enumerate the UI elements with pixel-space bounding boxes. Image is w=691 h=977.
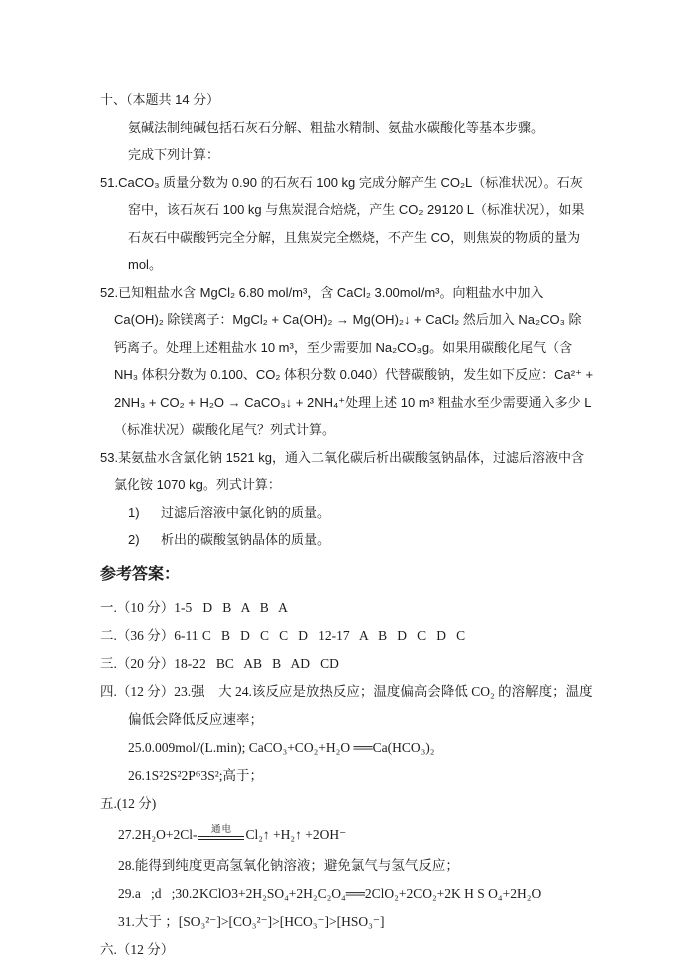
item-text: 过滤后溶液中氯化钠的质量。	[161, 499, 594, 527]
section-ten-intro: 氨碱法制纯碱包括石灰石分解、粗盐水精制、氨盐水碳酸化等基本步骤。	[128, 114, 594, 142]
answer-row-31: 31.大于 ；[SO₃²⁻]>[CO₃²⁻]>[HCO₃⁻]>[HSO₃⁻]	[118, 908, 594, 936]
item-text: 析出的碳酸氢钠晶体的质量。	[161, 526, 594, 554]
section-six-heading: 六.（12 分）	[100, 936, 594, 964]
answer-row-28: 28.能得到纯度更高氢氧化钠溶液；避免氯气与氢气反应；	[118, 852, 594, 880]
answer-row-25: 25.0.009mol/(L.min); CaCO₃+CO₂+H₂O ══Ca(…	[128, 734, 594, 762]
page-content: 十、（本题共 14 分） 氨碱法制纯碱包括石灰石分解、粗盐水精制、氨盐水碳酸化等…	[100, 86, 594, 964]
answer-row-two: 二.（36 分）6-11 C B D C C D 12-17 A B D C D…	[100, 622, 594, 650]
question-53: 53.某氨盐水含氯化钠 1521 kg，通入二氧化碳后析出碳酸氢钠晶体，过滤后溶…	[100, 444, 594, 499]
answer-row-26: 26.1S²2S²2P⁶3S²;高于；	[128, 762, 594, 790]
exam-answer-sheet-page: 十、（本题共 14 分） 氨碱法制纯碱包括石灰石分解、粗盐水精制、氨盐水碳酸化等…	[0, 0, 691, 977]
question-52: 52.已知粗盐水含 MgCl₂ 6.80 mol/m³，含 CaCl₂ 3.00…	[100, 279, 594, 444]
question-53-item-2: 2) 析出的碳酸氢钠晶体的质量。	[128, 526, 594, 554]
answer-row-four: 四.（12 分）23.强 大 24.该反应是放热反应；温度偏高会降低 CO₂ 的…	[100, 678, 594, 734]
section-five-heading: 五.(12 分)	[100, 790, 594, 818]
item-number: 2)	[128, 526, 161, 554]
answer-row-three: 三.（20 分）18-22 BC AB B AD CD	[100, 650, 594, 678]
section-ten-heading: 十、（本题共 14 分）	[100, 86, 594, 114]
equation-rhs: Cl₂↑ +H₂↑ +2OH⁻	[245, 821, 346, 849]
question-53-item-1: 1) 过滤后溶液中氯化钠的质量。	[128, 499, 594, 527]
answer-row-one: 一.（10 分）1-5 D B A B A	[100, 594, 594, 622]
item-number: 1)	[128, 499, 161, 527]
equation-condition-stack: 通电	[198, 825, 244, 840]
answers-heading: 参考答案：	[100, 560, 594, 590]
answer-row-29-30: 29.a ;d ;30.2KClO3+2H₂SO₄+2H₂C₂O₄══2ClO₂…	[118, 880, 594, 908]
section-ten-task: 完成下列计算：	[128, 141, 594, 169]
double-bond-equals-line	[198, 836, 244, 840]
equation-lhs: 27.2H₂O+2Cl-	[118, 821, 197, 849]
question-51: 51.CaCO₃ 质量分数为 0.90 的石灰石 100 kg 完成分解产生 C…	[100, 169, 594, 279]
equation-condition-label: 通电	[211, 825, 232, 836]
answer-equation-27: 27.2H₂O+2Cl- 通电 Cl₂↑ +H₂↑ +2OH⁻	[118, 818, 594, 852]
